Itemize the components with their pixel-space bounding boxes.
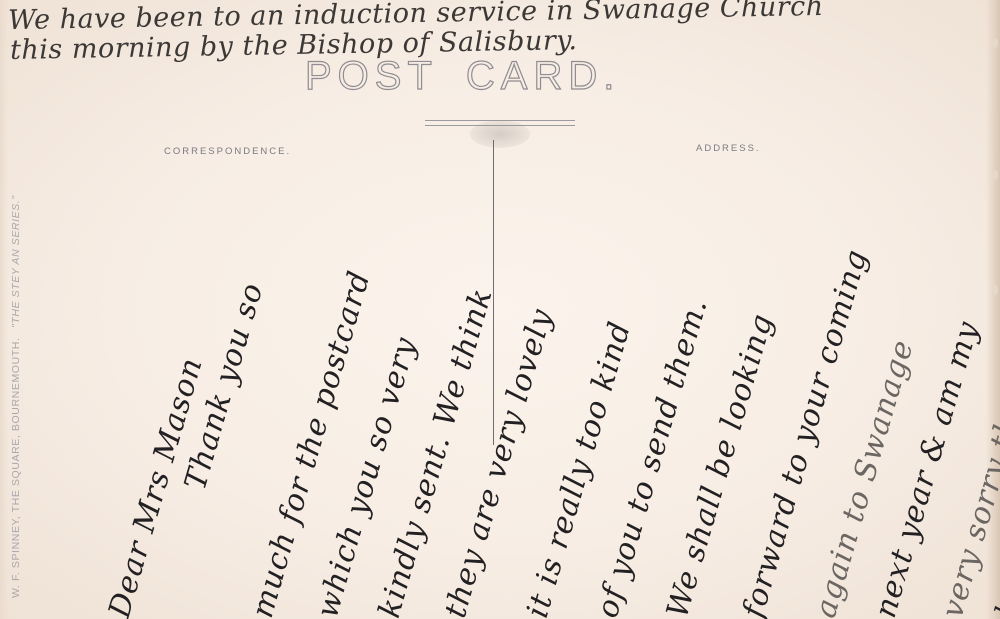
- series-name: "THE STEY AN SERIES.": [10, 195, 22, 328]
- post-card-title: POSTCARD.: [305, 54, 620, 99]
- correspondence-label: CORRESPONDENCE.: [164, 146, 291, 157]
- title-word-card: CARD.: [466, 54, 620, 98]
- postcard-back: W. F. SPINNEY, THE SQUARE, BOURNEMOUTH. …: [0, 0, 1000, 619]
- ink-smudge: [470, 120, 530, 148]
- title-word-post: POST: [305, 54, 438, 98]
- publisher-imprint: W. F. SPINNEY, THE SQUARE, BOURNEMOUTH. …: [10, 195, 22, 598]
- edge-wear: [992, 170, 998, 180]
- edge-wear: [992, 38, 998, 48]
- address-label: ADDRESS.: [696, 143, 761, 154]
- card-left-edge: [0, 0, 8, 619]
- edge-wear: [992, 285, 998, 295]
- publisher-name: W. F. SPINNEY, THE SQUARE, BOURNEMOUTH.: [10, 338, 22, 598]
